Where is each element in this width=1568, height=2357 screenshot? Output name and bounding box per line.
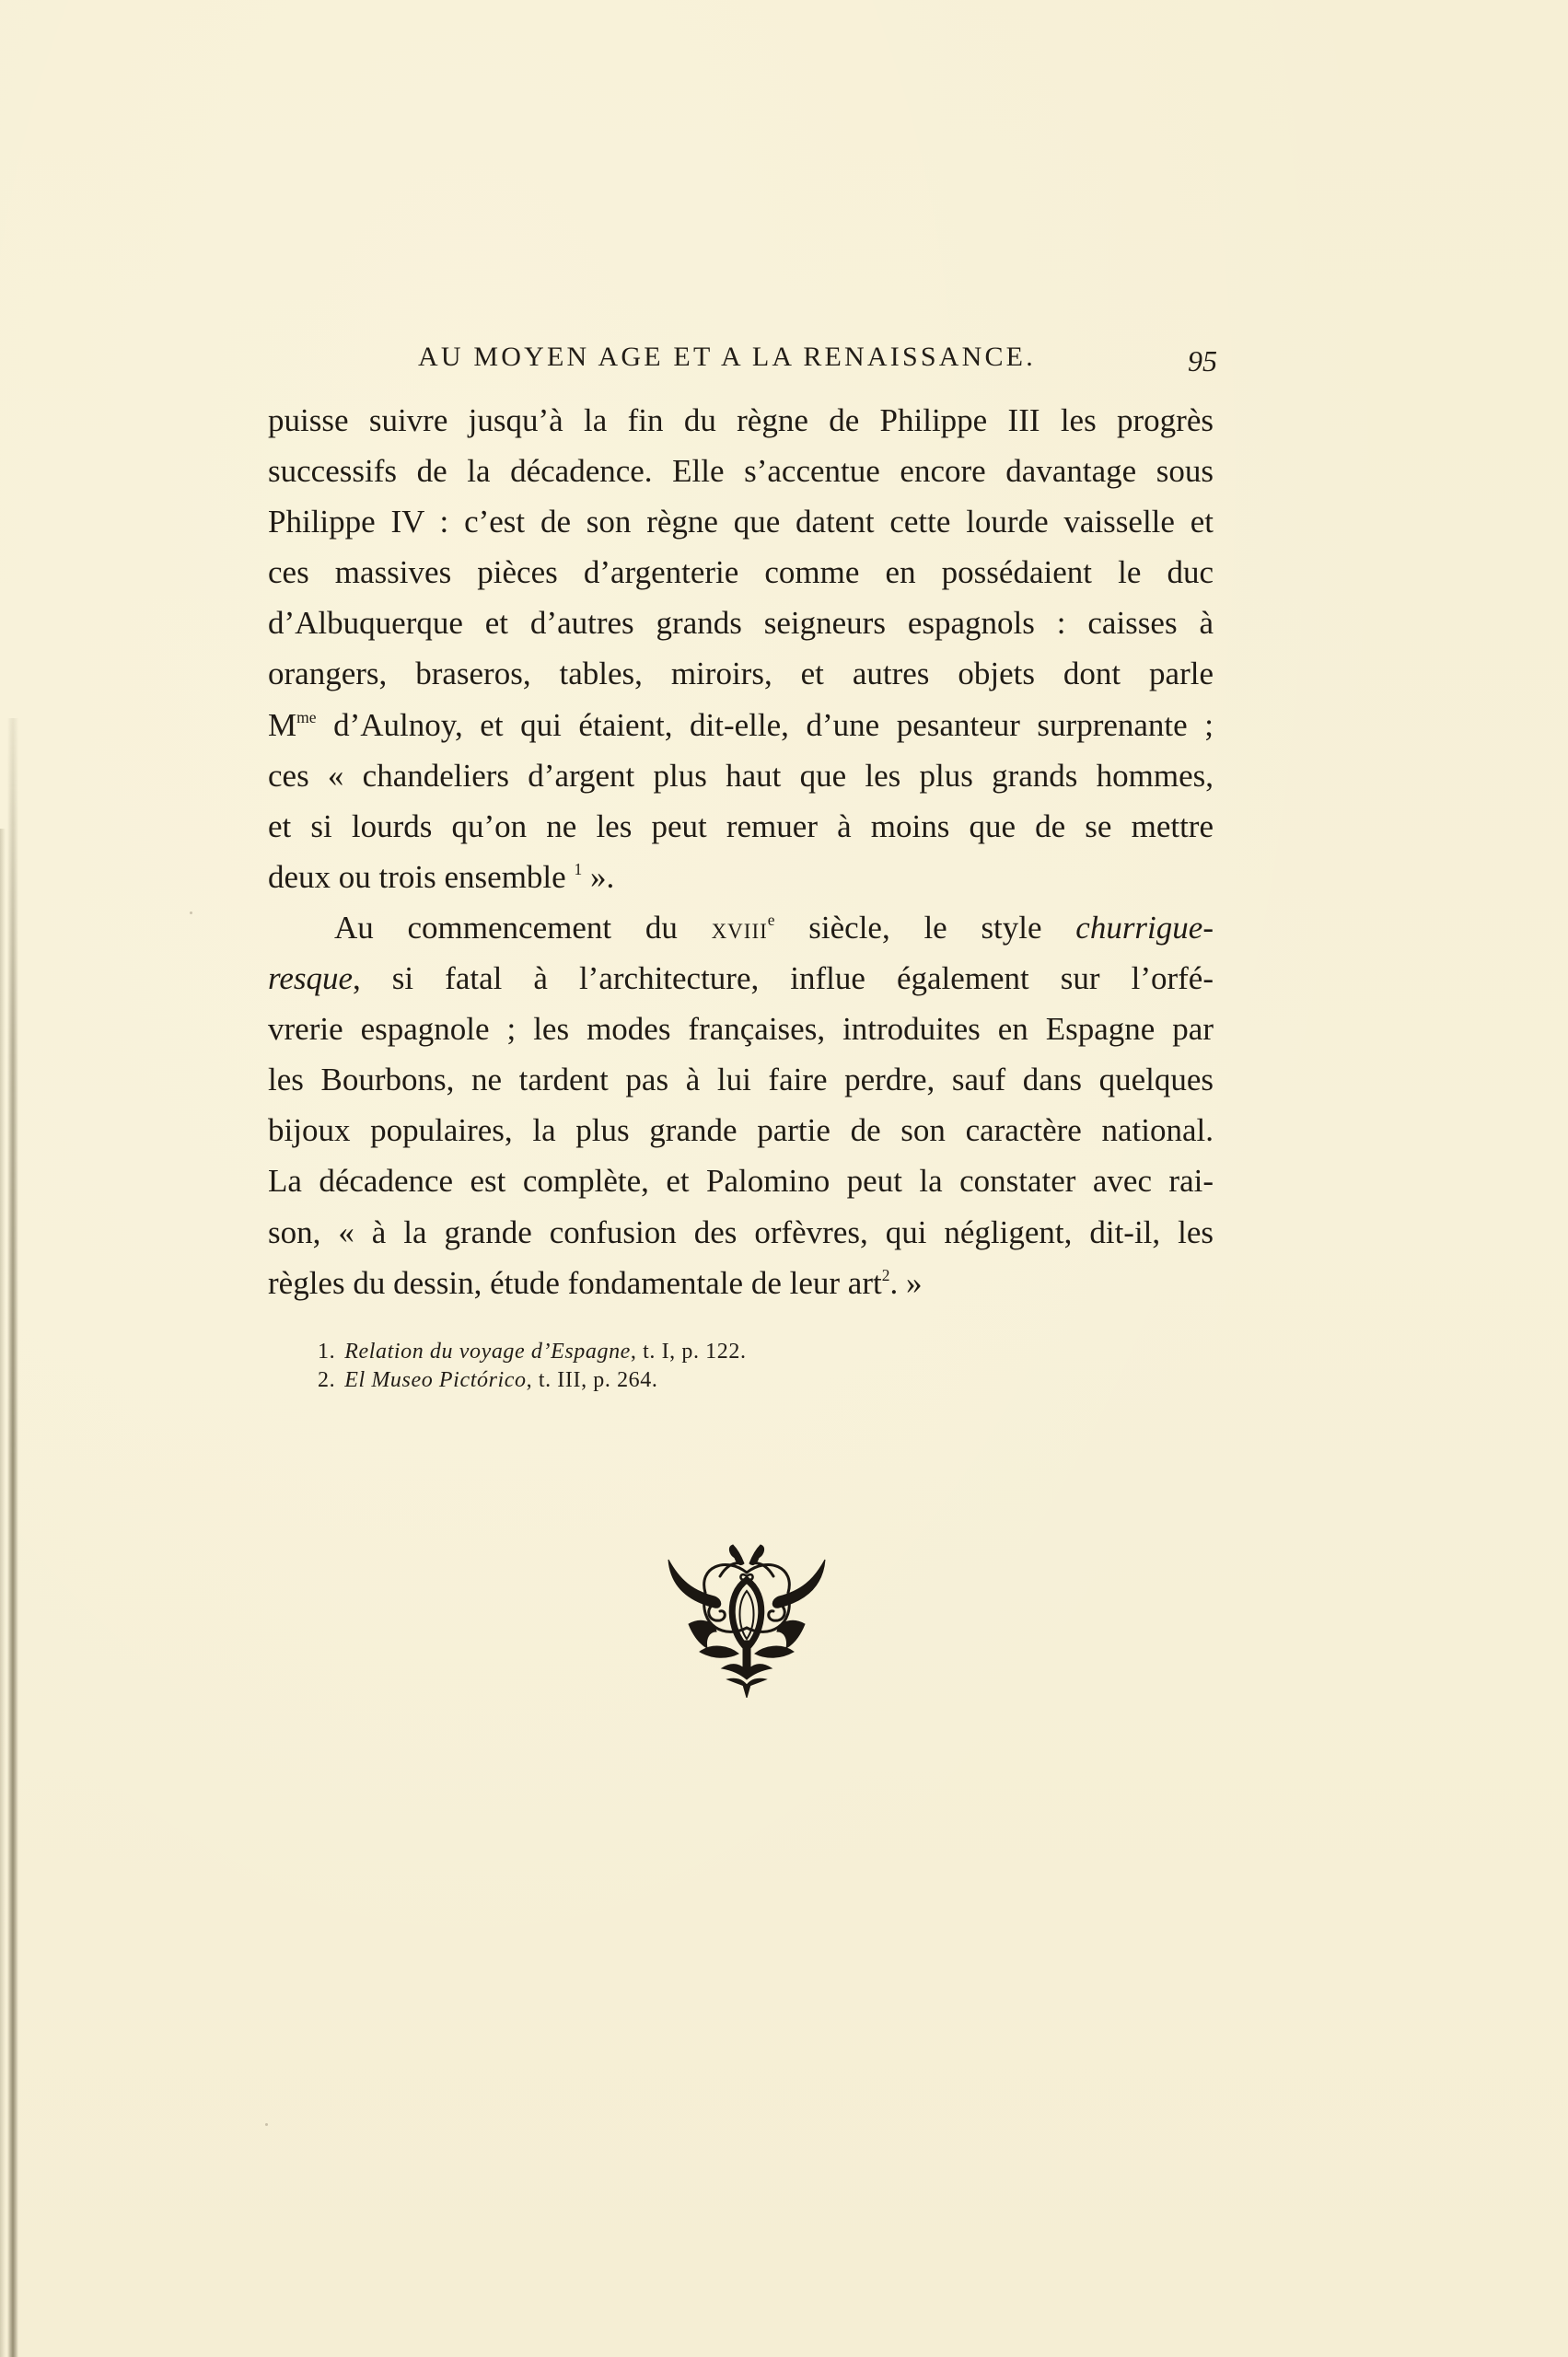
footnote-reference: , t. III, p. 264. — [527, 1368, 658, 1392]
roman-numeral-century: XVIII — [712, 911, 768, 946]
line-text: et si lourds qu’on ne les peut remuer à … — [268, 808, 1214, 844]
text-line: Philippe IV : c’est de son règne que dat… — [268, 496, 1214, 547]
footnote-title: El Museo Pictórico — [344, 1368, 526, 1392]
footnote-2: 2.El Museo Pictórico, t. III, p. 264. — [318, 1366, 747, 1395]
text-line: ces « chandeliers d’argent plus haut que… — [268, 750, 1214, 801]
line-text: d’Aulnoy, et qui étaient, dit-elle, d’un… — [317, 707, 1214, 743]
running-head-title: AU MOYEN AGE ET A LA RENAISSANCE. — [418, 337, 1036, 377]
footnote-title: Relation du voyage d’Espagne — [344, 1340, 631, 1364]
line-text: La décadence est complète, et Palomino p… — [268, 1163, 1214, 1199]
text-line: ces massives pièces d’argenterie comme e… — [268, 547, 1214, 598]
line-text: Au commencement du — [334, 910, 712, 946]
text-line: deux ou trois ensemble 1 ». — [268, 852, 1214, 902]
binding-shadow — [7, 718, 18, 2357]
footnote-ref-1[interactable]: 1 — [574, 860, 582, 878]
text-line: La décadence est complète, et Palomino p… — [268, 1155, 1214, 1206]
binding-edge — [0, 829, 6, 2357]
paper-speck — [265, 2123, 268, 2126]
line-text: puisse suivre jusqu’à la fin du règne de… — [268, 402, 1214, 438]
fleuron-tailpiece-icon — [661, 1539, 832, 1698]
text-line: Mme d’Aulnoy, et qui étaient, dit-elle, … — [268, 700, 1214, 750]
text-line: Au commencement du XVIIIe siècle, le sty… — [268, 902, 1214, 953]
footnote-number: 1. — [318, 1340, 335, 1364]
text-line: puisse suivre jusqu’à la fin du règne de… — [268, 395, 1214, 446]
footnote-number: 2. — [318, 1368, 335, 1392]
running-head: AU MOYEN AGE ET A LA RENAISSANCE. 95 — [418, 337, 1217, 377]
footnotes: 1.Relation du voyage d’Espagne, t. I, p.… — [318, 1338, 747, 1395]
line-text: successifs de la décadence. Elle s’accen… — [268, 453, 1214, 489]
line-text: siècle, le style — [775, 910, 1076, 946]
line-text: M — [268, 707, 296, 743]
text-line: bijoux populaires, la plus grande partie… — [268, 1105, 1214, 1155]
line-text: ces massives pièces d’argenterie comme e… — [268, 554, 1214, 590]
text-line: et si lourds qu’on ne les peut remuer à … — [268, 801, 1214, 852]
superscript-ordinal: e — [768, 911, 775, 929]
line-text: vrerie espagnole ; les modes françaises,… — [268, 1011, 1214, 1047]
line-text: bijoux populaires, la plus grande partie… — [268, 1112, 1214, 1148]
line-text: règles du dessin, étude fondamentale de … — [268, 1265, 882, 1301]
italic-term: resque — [268, 960, 353, 996]
text-line: resque, si fatal à l’architecture, influ… — [268, 953, 1214, 1004]
text-line: d’Albuquerque et d’autres grands seigneu… — [268, 598, 1214, 648]
line-text: . » — [889, 1265, 922, 1301]
text-line: règles du dessin, étude fondamentale de … — [268, 1258, 1214, 1308]
text-line: orangers, braseros, tables, miroirs, et … — [268, 648, 1214, 699]
text-line: les Bourbons, ne tardent pas à lui faire… — [268, 1054, 1214, 1105]
footnote-reference: , t. I, p. 122. — [631, 1340, 747, 1364]
line-text: son, « à la grande confusion des orfèvre… — [268, 1214, 1214, 1250]
line-text: les Bourbons, ne tardent pas à lui faire… — [268, 1062, 1214, 1097]
page-number: 95 — [1188, 341, 1217, 381]
line-text: , si fatal à l’architecture, influe égal… — [353, 960, 1214, 996]
body-text: puisse suivre jusqu’à la fin du règne de… — [268, 395, 1214, 1308]
line-text: orangers, braseros, tables, miroirs, et … — [268, 656, 1214, 691]
text-line: successifs de la décadence. Elle s’accen… — [268, 446, 1214, 496]
paragraph: Au commencement du XVIIIe siècle, le sty… — [268, 902, 1214, 1308]
line-text: deux ou trois ensemble — [268, 859, 574, 895]
line-text: ces « chandeliers d’argent plus haut que… — [268, 758, 1214, 794]
line-text: Philippe IV : c’est de son règne que dat… — [268, 504, 1214, 540]
line-text: d’Albuquerque et d’autres grands seigneu… — [268, 605, 1214, 641]
text-line: son, « à la grande confusion des orfèvre… — [268, 1207, 1214, 1258]
italic-term: churrigue- — [1075, 910, 1214, 946]
paper-speck — [190, 911, 192, 914]
paragraph: puisse suivre jusqu’à la fin du règne de… — [268, 395, 1214, 902]
line-text: ». — [582, 859, 614, 895]
superscript-abbrev: me — [296, 708, 316, 726]
footnote-1: 1.Relation du voyage d’Espagne, t. I, p.… — [318, 1338, 747, 1366]
text-line: vrerie espagnole ; les modes françaises,… — [268, 1004, 1214, 1054]
